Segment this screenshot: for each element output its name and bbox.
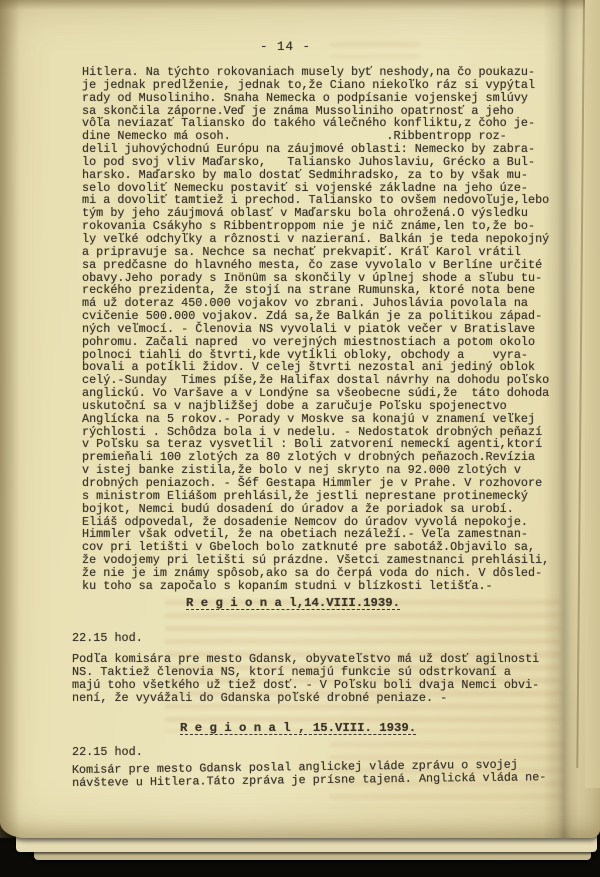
- time-label: 22.15 hod.: [72, 631, 143, 645]
- text-line: anglickú. Vo Varšave a v Londýne sa všeo…: [82, 387, 552, 400]
- text-line: že vodojemy pri letišti sú prázdne. Všet…: [82, 554, 552, 567]
- document-scan: - 14 - Hitlera. Na týchto rokovaniach mu…: [0, 0, 600, 877]
- page-number: - 14 -: [260, 40, 311, 54]
- left-edge-shadow: [0, 0, 20, 838]
- section-heading: R e g i o n a l , 15.VIII. 1939.: [180, 721, 416, 735]
- page-sheet: - 14 - Hitlera. Na týchto rokovaniach mu…: [0, 0, 600, 838]
- body-text: Hitlera. Na týchto rokovaniach musely by…: [82, 66, 552, 593]
- text-line: harsko. Maďarsko by malo dostať Sedmihra…: [82, 169, 552, 182]
- text-line: rady od Musoliniho. Snaha Nemecka o podp…: [82, 92, 552, 105]
- text-line: že nie je im známy spôsob,ako sa do čerp…: [82, 567, 552, 580]
- text-line: drobných peniazoch. - Šéf Gestapa Himmle…: [82, 477, 552, 490]
- text-line: ku toho sa započalo s kopaním studni v b…: [82, 580, 552, 593]
- text-line: pohromu. Začali napred vo verejných mies…: [82, 336, 552, 349]
- text-line: s ministrom Eliášom prehlásil,že jestli …: [82, 490, 552, 503]
- section-paragraph: Komisár pre mesto Gdansk poslal anglicke…: [72, 758, 562, 790]
- text-line: ných veľmocí. - Členovia NS vyvolali v p…: [82, 323, 552, 336]
- top-edge-shadow: [0, 0, 600, 10]
- text-line: sa predčasne do hlavného mesta, čo zase …: [82, 259, 552, 272]
- section-heading: R e g i o n a l,14.VIII.1939.: [186, 596, 400, 610]
- text-line: je jednak predlženie, jednak to,že Ciano…: [82, 79, 552, 92]
- section-paragraph: Podľa komisára pre mesto Gdansk, obyvate…: [72, 653, 562, 705]
- text-line: Anglícka na 5 rokov.- Porady v Moskve sa…: [82, 413, 552, 426]
- text-line: lo pod svoj vliv Maďarsko, Taliansko Juh…: [82, 156, 552, 169]
- text-line: ly veľké odchyľky a rôznosti v nazieraní…: [82, 233, 552, 246]
- text-line: a pripravuje sa. Nechce sa nechať prekva…: [82, 246, 552, 259]
- bleed-through-smudge: [330, 42, 420, 58]
- text-line: bojkot, Nemci budú dosadení do úradov a …: [82, 503, 552, 516]
- text-line: cvičenie 500.000 vojakov. Zdá sa,že Balk…: [82, 310, 552, 323]
- backing-page-strip: [585, 0, 600, 788]
- text-line: není, že vyvážali do Gdanska poľské drob…: [72, 692, 562, 705]
- time-label: 22.15 hod.: [72, 745, 143, 759]
- text-line: Hitlera. Na týchto rokovaniach musely by…: [82, 66, 552, 79]
- text-line: uskutoční sa v najbližšej dobe a zaručuj…: [82, 400, 552, 413]
- text-line: delil juhovýchodnú Európu na záujmové ob…: [82, 143, 552, 156]
